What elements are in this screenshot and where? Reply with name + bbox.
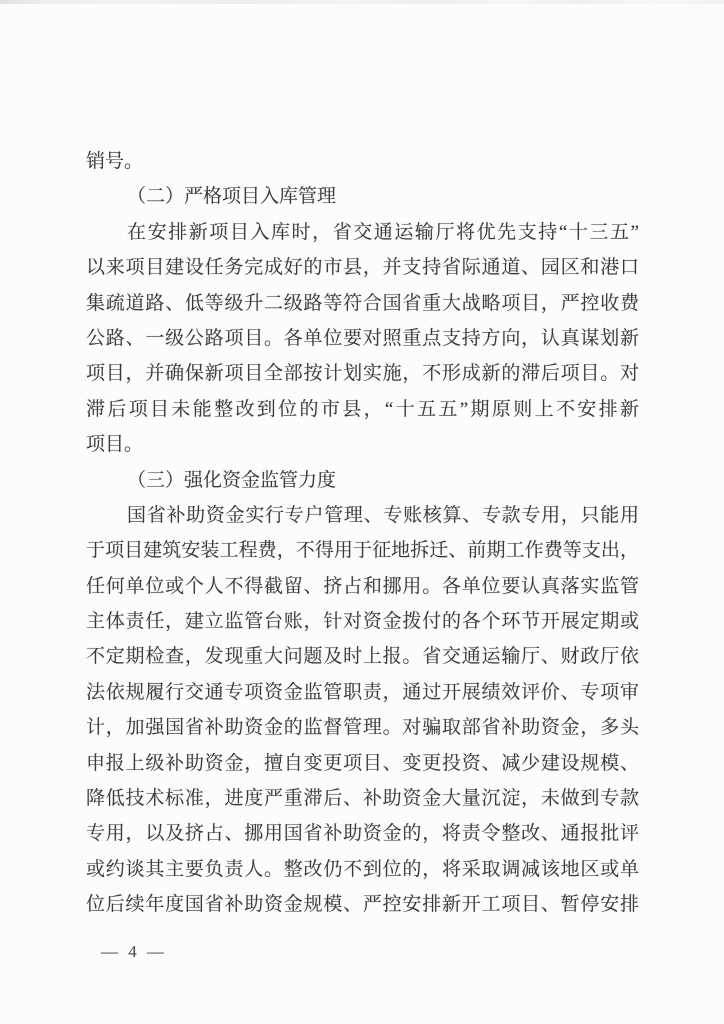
section-heading: （二）严格项目入库管理 (86, 179, 639, 214)
text-line: 集疏道路、低等级升二级路等符合国省重大战略项目，严控收费 (86, 286, 639, 321)
text-line: 降低技术标准，进度严重滞后、补助资金大量沉淀，未做到专款 (86, 781, 639, 816)
text-line: 公路、一级公路项目。各单位要对照重点支持方向，认真谋划新 (86, 321, 639, 356)
text-line: 项目。 (86, 427, 639, 462)
document-page: 销号。（二）严格项目入库管理在安排新项目入库时，省交通运输厅将优先支持“十三五”… (0, 0, 724, 1024)
text-line: 以来项目建设任务完成好的市县，并支持省际通道、园区和港口 (86, 250, 639, 285)
scan-artifact (0, 0, 724, 4)
text-line: 位后续年度国省补助资金规模、严控安排新开工项目、暂停安排 (86, 887, 639, 922)
text-line: 国省补助资金实行专户管理、专账核算、专款专用，只能用 (86, 498, 639, 533)
section-heading: （三）强化资金监管力度 (86, 463, 639, 498)
text-line: 销号。 (86, 144, 639, 179)
text-line: 计，加强国省补助资金的监督管理。对骗取部省补助资金，多头 (86, 710, 639, 745)
text-line: 申报上级补助资金，擅自变更项目、变更投资、减少建设规模、 (86, 746, 639, 781)
text-line: 项目，并确保新项目全部按计划实施，不形成新的滞后项目。对 (86, 356, 639, 391)
text-line: 或约谈其主要负责人。整改仍不到位的，将采取调减该地区或单 (86, 852, 639, 887)
text-line: 滞后项目未能整改到位的市县，“十五五”期原则上不安排新 (86, 392, 639, 427)
page-number: — 4 — (101, 941, 167, 963)
text-line: 在安排新项目入库时，省交通运输厅将优先支持“十三五” (86, 215, 639, 250)
text-line: 于项目建筑安装工程费，不得用于征地拆迁、前期工作费等支出， (86, 533, 639, 568)
text-line: 不定期检查，发现重大问题及时上报。省交通运输厅、财政厅依 (86, 639, 639, 674)
text-line: 主体责任，建立监管台账，针对资金拨付的各个环节开展定期或 (86, 604, 639, 639)
text-line: 法依规履行交通专项资金监管职责，通过开展绩效评价、专项审 (86, 675, 639, 710)
text-line: 任何单位或个人不得截留、挤占和挪用。各单位要认真落实监管 (86, 569, 639, 604)
text-block: 销号。（二）严格项目入库管理在安排新项目入库时，省交通运输厅将优先支持“十三五”… (86, 144, 639, 923)
text-line: 专用，以及挤占、挪用国省补助资金的，将责令整改、通报批评 (86, 816, 639, 851)
